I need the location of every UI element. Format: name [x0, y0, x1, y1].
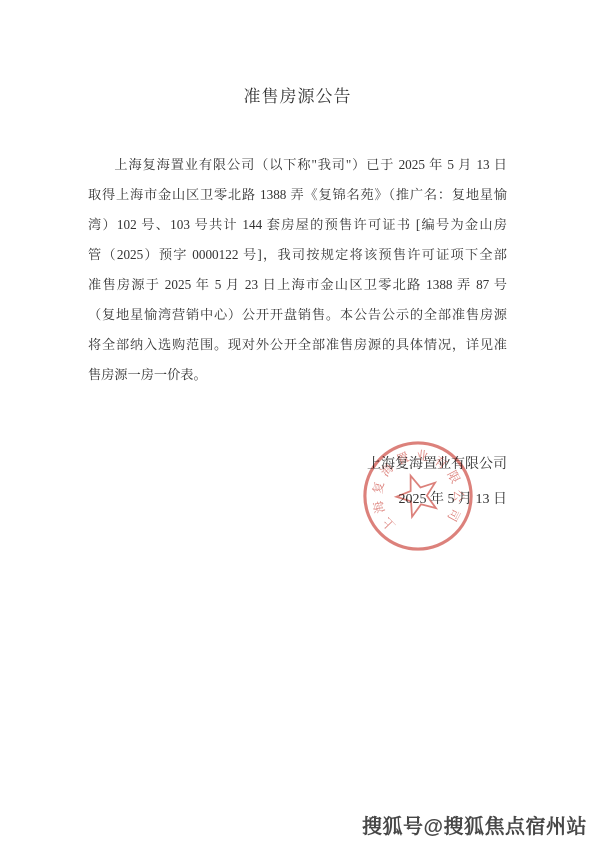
body-line: 湾）102 号、103 号共计 144 套房屋的预售许可证书 [编号为金山房 — [88, 210, 507, 240]
signature-block: 上海复海置业有限公司 2025 年 5 月 13 日 — [367, 455, 507, 510]
body-line: 将全部纳入选购范围。现对外公开全部准售房源的具体情况，详见准 — [88, 330, 507, 360]
watermark: 搜狐号@搜狐焦点宿州站 — [362, 810, 587, 839]
signature-company: 上海复海置业有限公司 — [367, 455, 507, 475]
body-line: 管（2025）预字 0000122 号]，我司按规定将该预售许可证项下全部 — [88, 240, 507, 270]
document-page: 准售房源公告 上海复海置业有限公司（以下称"我司"）已于 2025 年 5 月 … — [0, 0, 595, 841]
document-title: 准售房源公告 — [0, 82, 595, 107]
body-paragraph: 上海复海置业有限公司（以下称"我司"）已于 2025 年 5 月 13 日取得上… — [88, 150, 507, 390]
body-line: 准售房源于 2025 年 5 月 23 日上海市金山区卫零北路 1388 弄 8… — [88, 270, 507, 300]
body-line: （复地星愉湾营销中心）公开开盘销售。本公告公示的全部准售房源 — [88, 300, 507, 330]
body-line: 售房源一房一价表。 — [88, 360, 507, 390]
seal-char: 上 — [379, 515, 398, 534]
body-line: 上海复海置业有限公司（以下称"我司"）已于 2025 年 5 月 13 日 — [88, 150, 507, 180]
signature-date: 2025 年 5 月 13 日 — [367, 490, 507, 510]
body-line: 取得上海市金山区卫零北路 1388 弄《复锦名苑》（推广名：复地星愉 — [88, 180, 507, 210]
